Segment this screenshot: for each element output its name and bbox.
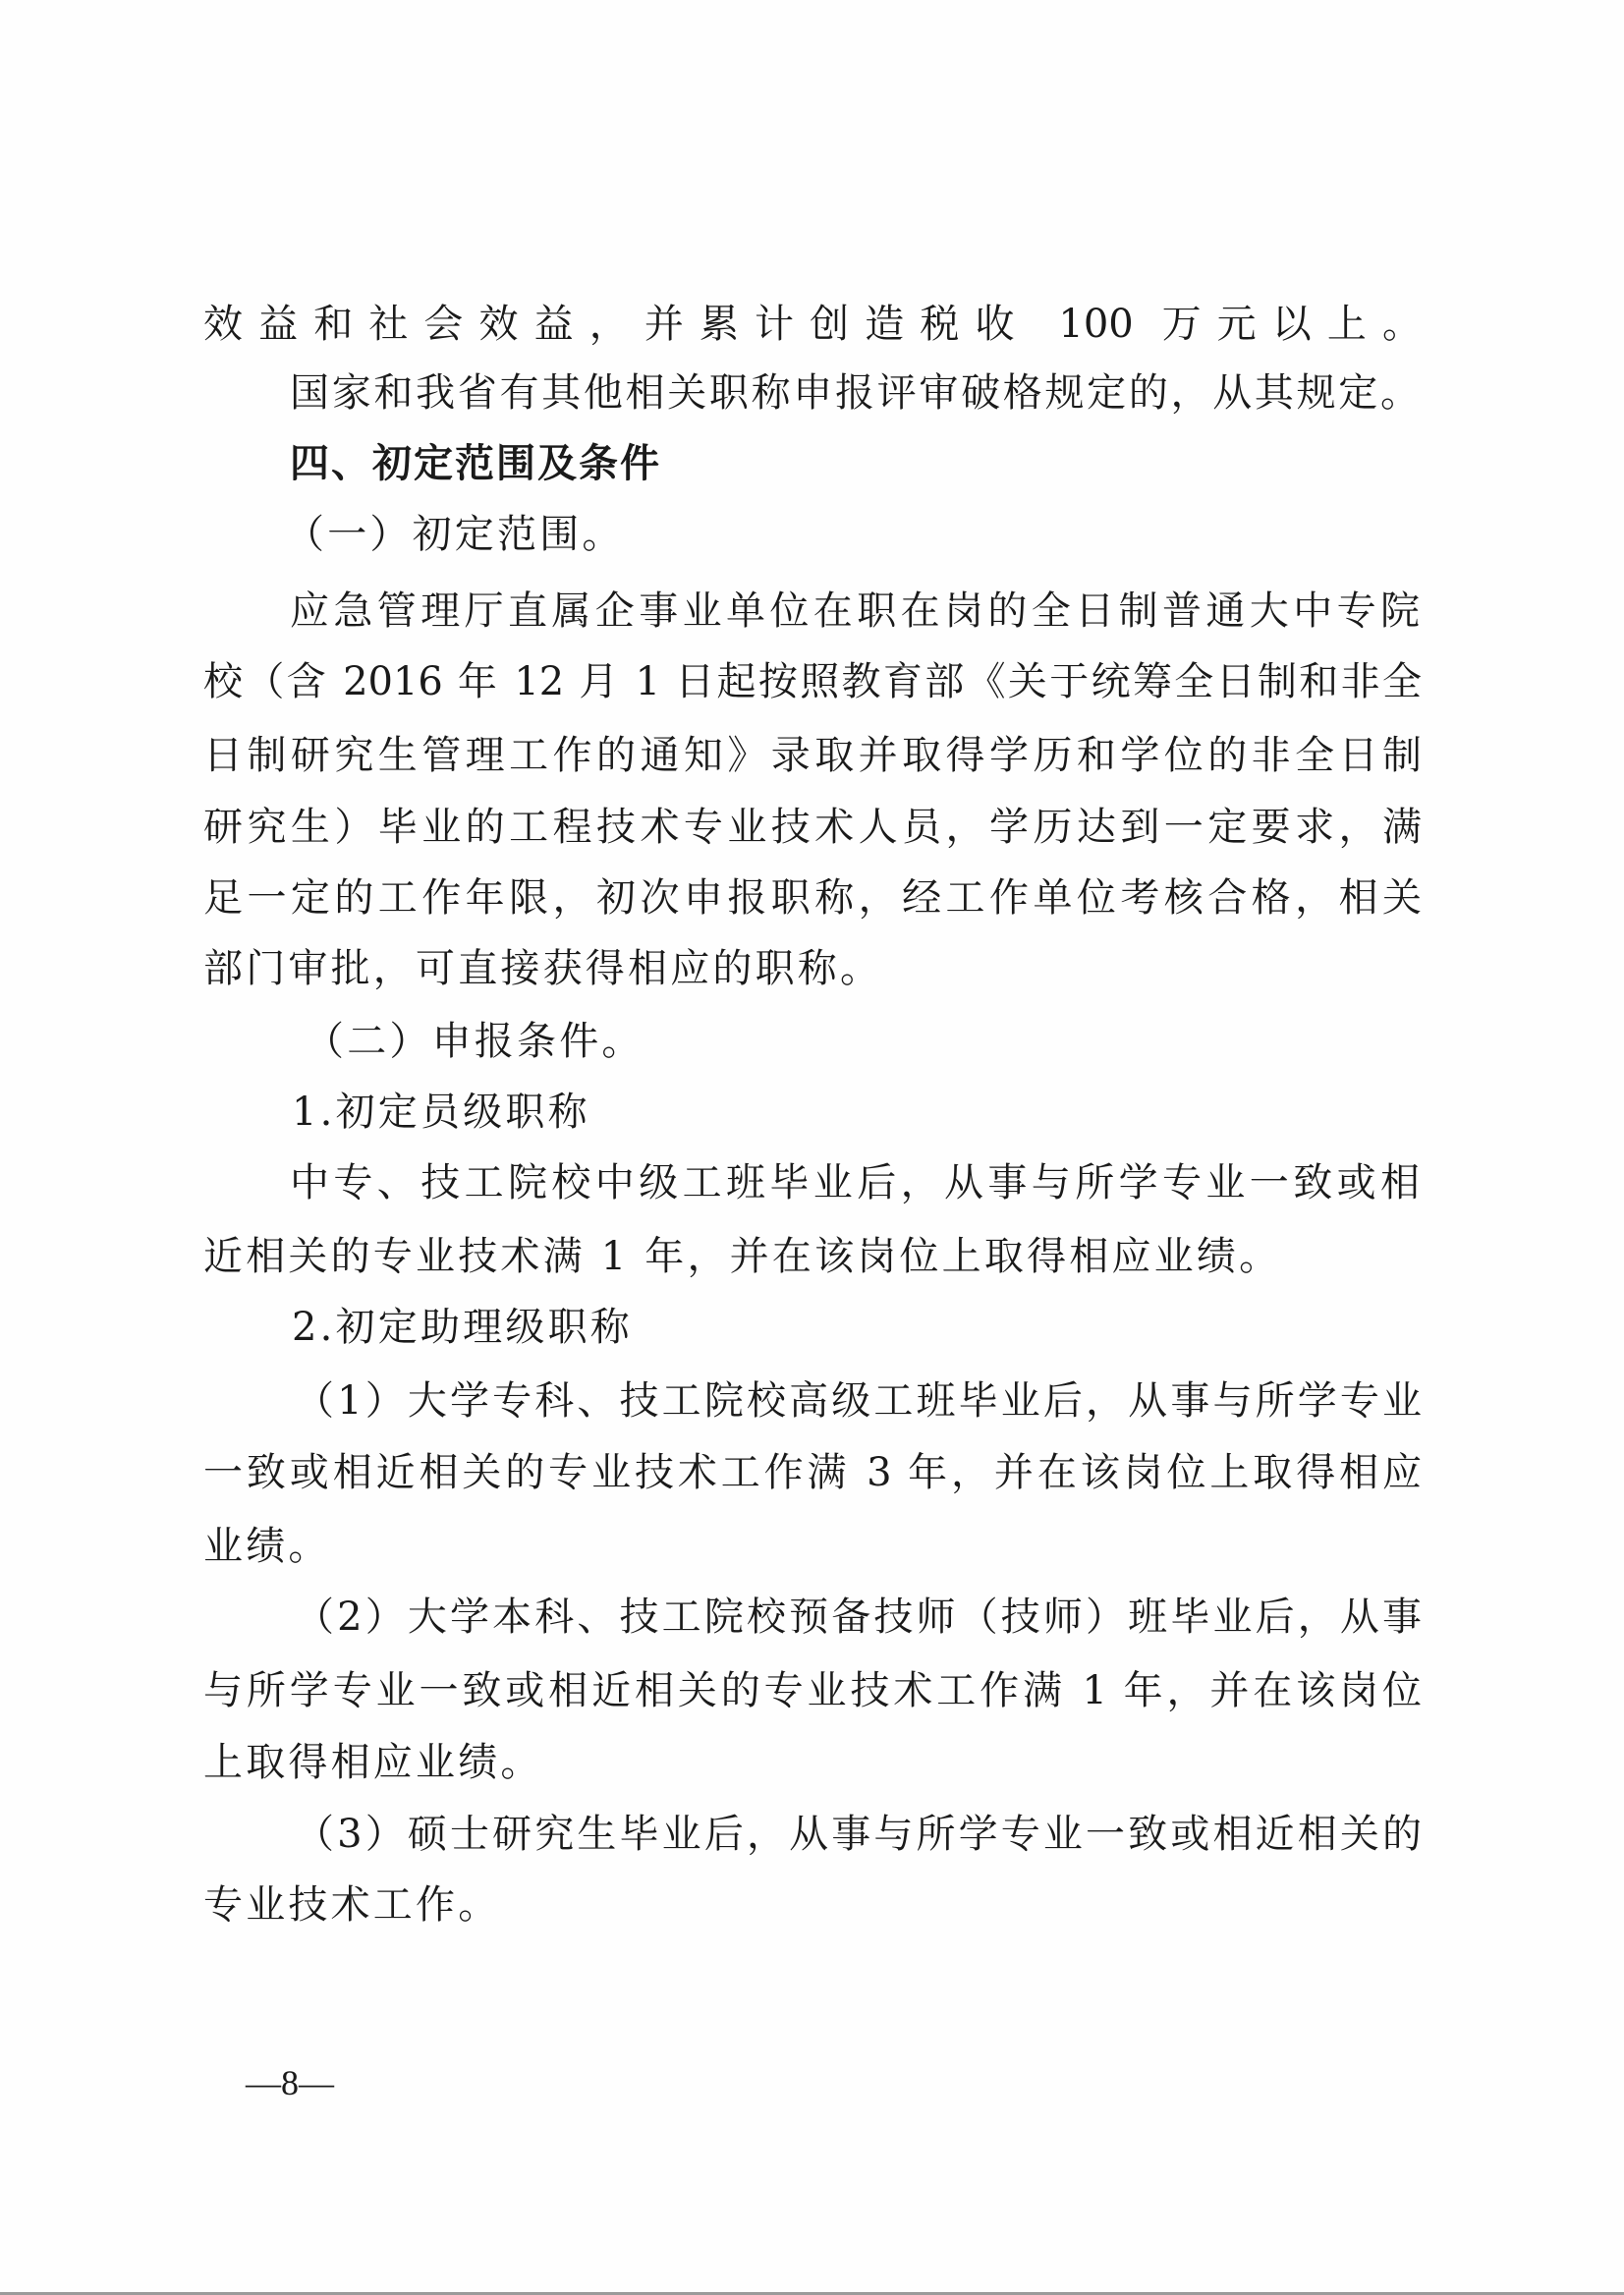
item-heading-junior-title: 1.初定员级职称 bbox=[292, 1089, 1510, 1136]
document-page: 效益和社会效益，并累计创造税收 100 万元以上。 国家和我省有其他相关职称申报… bbox=[0, 0, 1624, 2295]
subsection-heading-scope: （一）初定范围。 bbox=[285, 511, 1503, 558]
text-line-assistant-3b: 专业技术工作。 bbox=[203, 1881, 1422, 1929]
text-line-assistant-1a: （1）大学专科、技工院校高级工班毕业后，从事与所学专业 bbox=[295, 1377, 1422, 1425]
text-line-junior-1: 中专、技工院校中级工班毕业后，从事与所学专业一致或相 bbox=[290, 1159, 1420, 1206]
text-line-assistant-1c: 业绩。 bbox=[203, 1523, 1422, 1570]
text-line-assistant-1b: 一致或相近相关的专业技术工作满 3 年，并在该岗位上取得相应 bbox=[203, 1449, 1422, 1496]
text-line-assistant-2a: （2）大学本科、技工院校预备技师（技师）班毕业后，从事 bbox=[295, 1594, 1422, 1641]
section-heading-four: 四、初定范围及条件 bbox=[290, 440, 1508, 487]
text-line-scope-4: 研究生）毕业的工程技术专业技术人员，学历达到一定要求，满 bbox=[203, 804, 1422, 851]
text-line-junior-2: 近相关的专业技术满 1 年，并在该岗位上取得相应业绩。 bbox=[203, 1233, 1422, 1280]
text-line-scope-2: 校（含 2016 年 12 月 1 日起按照教育部《关于统筹全日制和非全 bbox=[203, 658, 1422, 705]
text-line-assistant-2c: 上取得相应业绩。 bbox=[203, 1739, 1422, 1786]
text-line-scope-5: 足一定的工作年限，初次申报职称，经工作单位考核合格，相关 bbox=[203, 874, 1422, 922]
text-line-scope-1: 应急管理厅直属企事业单位在职在岗的全日制普通大中专院 bbox=[290, 588, 1420, 635]
subsection-heading-conditions: （二）申报条件。 bbox=[305, 1018, 1523, 1065]
text-line-scope-3: 日制研究生管理工作的通知》录取并取得学历和学位的非全日制 bbox=[203, 732, 1422, 779]
text-line-assistant-3a: （3）硕士研究生毕业后，从事与所学专业一致或相近相关的 bbox=[295, 1811, 1422, 1858]
page-number: —8— bbox=[246, 2061, 334, 2104]
item-heading-assistant-title: 2.初定助理级职称 bbox=[292, 1304, 1510, 1351]
text-line-tax-benefit: 效益和社会效益，并累计创造税收 100 万元以上。 bbox=[203, 301, 1422, 348]
text-line-scope-6: 部门审批，可直接获得相应的职称。 bbox=[203, 945, 1422, 992]
text-line-other-regulations: 国家和我省有其他相关职称申报评审破格规定的，从其规定。 bbox=[290, 369, 1420, 417]
text-line-assistant-2b: 与所学专业一致或相近相关的专业技术工作满 1 年，并在该岗位 bbox=[203, 1667, 1422, 1714]
